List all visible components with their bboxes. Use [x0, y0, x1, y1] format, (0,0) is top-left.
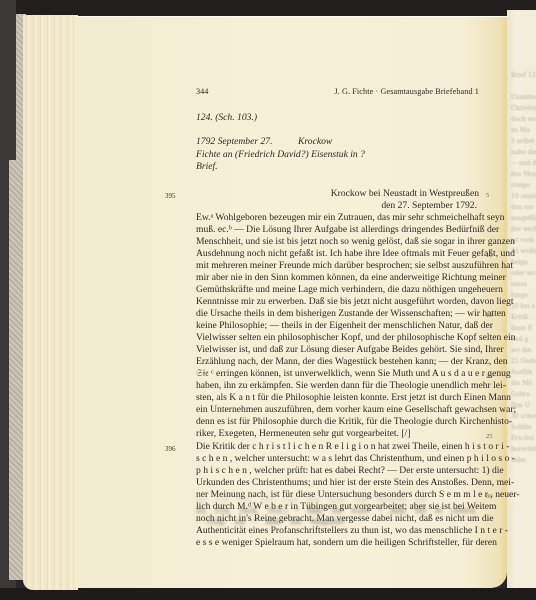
margin-line-number: 10 [486, 250, 493, 262]
margin-line-number: 25 [486, 431, 493, 443]
text-line: Ausdehnung noch nicht gefaßt ist. Ich ha… [196, 248, 479, 260]
entry-date: 1792 September 27. [196, 136, 278, 149]
text-line: s c h e n , welcher untersucht: w a s le… [196, 453, 479, 465]
facing-text-line: wo ihn [511, 345, 536, 356]
text-line: Die Kritik der c h r i s t l i c h e n R… [196, 441, 479, 453]
footnotes-blurred: Zu 124 Sch 103 rule line faint text blur… [196, 494, 479, 527]
facing-text-line: eines [511, 279, 536, 290]
text-line: haben, ihn zu erkämpfen. Sie werden dann… [196, 380, 479, 392]
page-number: 344 [196, 86, 208, 100]
footnote-line-2: Zu 124. (Sch. 103.) ᵃ Abk. für Euer ᵇ Ab… [196, 505, 479, 527]
facing-text-line: doch wert [511, 114, 536, 125]
running-head-title: J. G. Fichte · Gesamtausgabe Briefeband … [334, 86, 479, 100]
margin-page-ref: 395 [165, 190, 176, 202]
facing-text-line: Ausfüh [511, 367, 536, 378]
text-line: keine Philosophie; — theils in der Eigen… [196, 320, 479, 332]
facing-text-line: der wich [511, 224, 536, 235]
text-line: 𝔖𝔦𝔢 ᶜ erringen können, ist unverwelklich… [196, 368, 479, 380]
page-content: 344 J. G. Fichte · Gesamtausgabe Briefeb… [196, 86, 479, 549]
text-line: p h i s c h e n , welcher prüft: hat es … [196, 465, 479, 477]
text-line: muß. ec.ᵇ — Die Lösung Ihrer Aufgabe ist… [196, 224, 479, 236]
text-line: denn es ist für Philosophie durch die Kr… [196, 416, 479, 428]
running-head: 344 J. G. Fichte · Gesamtausgabe Briefeb… [196, 86, 479, 100]
footnote-line-1: Zu 124 Sch 103 rule line faint text blur… [196, 494, 479, 505]
text-line: e s s e weniger Spielraum hat, sondern u… [196, 537, 479, 549]
facing-text-line [511, 81, 536, 92]
facing-text-line: Schlüs [511, 422, 536, 433]
text-line: Vielwisser selten ein philosophischer Ko… [196, 332, 479, 344]
facing-text-line: nahe die [511, 147, 536, 158]
facing-text-line: des Mos [511, 169, 536, 180]
margin-page-ref: 396 [165, 443, 176, 455]
margin-line-number: 15 [486, 310, 493, 322]
text-line: Menschheit, und sie ist bis jetzt noch s… [196, 236, 479, 248]
facing-text-line: Gebra [511, 389, 536, 400]
entry-from-to: Fichte an (Friedrich David?) Eisenstuk i… [196, 149, 479, 162]
text-line: sten, als K a n t für die Philosophie le… [196, 392, 479, 404]
entry-place: Krockow [298, 136, 332, 149]
facing-text-line: zu Ma [511, 125, 536, 136]
facing-text-line: Unmittelb [511, 92, 536, 103]
text-line: Erzählung nach, der Mann, der dies Wages… [196, 356, 479, 368]
dark-background-bottom [0, 588, 536, 600]
facing-text-line: den ver [511, 202, 536, 213]
letter-date-line: den 27. September 1792. [196, 200, 479, 212]
facing-text-line: — und die [511, 158, 536, 169]
margin-line-number: 5 [486, 190, 489, 202]
facing-text-line: 10 unmittel [511, 191, 536, 202]
text-line: Urkunden des Christenthums; und hier ist… [196, 477, 479, 489]
text-line: Kenntnisse mir zu erwerben. Daß sie bis … [196, 296, 479, 308]
entry-meta: 1792 September 27. Krockow Fichte an (Fr… [196, 136, 479, 174]
facing-text-line: ausgefüh [511, 213, 536, 224]
facing-text-line: Erschei [511, 433, 536, 444]
book-cover-edge-lower [9, 160, 23, 580]
page-stack-edges [23, 15, 78, 590]
text-line: die Ursache theils in dem bisherigen Zus… [196, 308, 479, 320]
facing-text-line: oder wo [511, 268, 536, 279]
margin-line-number: 30 [486, 491, 493, 503]
letter-place-line: Krockow bei Neustadt in Westpreußen [196, 188, 479, 200]
facing-text-line: 20 bei s [511, 301, 536, 312]
text-line: mir aber nie in den Sinn kommen können, … [196, 272, 479, 284]
entry-number: 124. (Sch. 103.) [196, 112, 479, 124]
facing-text-line: 5 selbst bei [511, 136, 536, 147]
entry-type: Brief. [196, 161, 479, 174]
text-line: riker, Exegeten, Hermeneuten sehr gut vo… [196, 428, 479, 440]
facing-text-line: die Mö [511, 378, 536, 389]
text-line: Gemüthskräfte und meine Lage mich verhin… [196, 284, 479, 296]
text-line: ein Unternehmen auszuführen, dem vorher … [196, 404, 479, 416]
text-line: Vielwisser ist, und daß zur Lösung diese… [196, 344, 479, 356]
facing-text-line: 25 Geste [511, 356, 536, 367]
facing-text-line: Christenth [511, 103, 536, 114]
facing-text-line: hinge [511, 290, 536, 301]
facing-text-line: Kritik [511, 312, 536, 323]
text-line: Ew.ᵃ Wohlgeboren bezeugen mir ein Zutrau… [196, 212, 479, 224]
facing-text-line: einige [511, 180, 536, 191]
text-line: mit mehreren meiner Freunde mich darüber… [196, 260, 479, 272]
margin-line-number: 20 [486, 371, 493, 383]
facing-text-line: Brief 124 [511, 70, 536, 81]
